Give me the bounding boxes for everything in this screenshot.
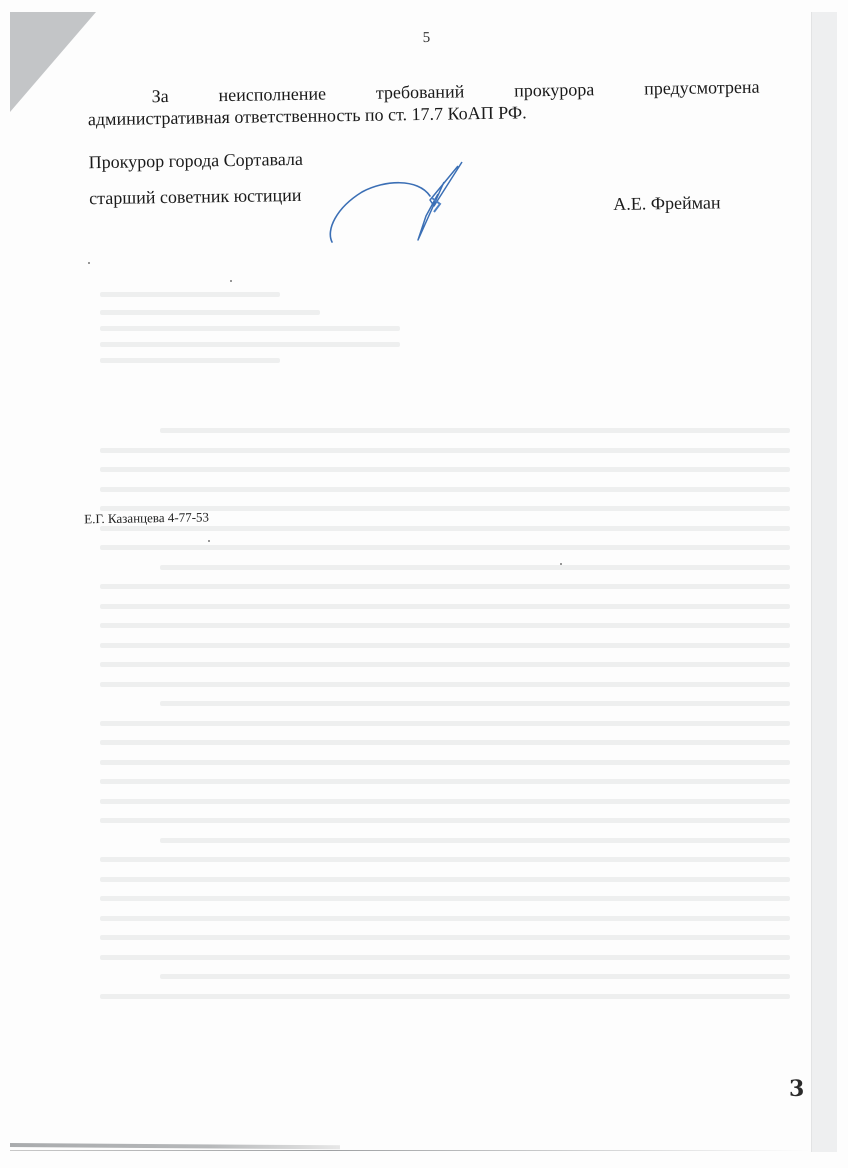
signatory-rank: старший советник юстиции xyxy=(89,185,302,209)
paragraph-word: За xyxy=(151,86,168,107)
contact-line: Е.Г. Казанцева 4-77-53 xyxy=(84,509,209,527)
scan-speck xyxy=(560,563,562,565)
scan-speck xyxy=(88,262,90,264)
paragraph-word: прокурора xyxy=(514,79,594,101)
paragraph-word: неисполнение xyxy=(218,83,326,106)
page-number: 5 xyxy=(423,30,431,47)
signatory-name: А.Е. Фрейман xyxy=(613,192,721,215)
signatory-position: Прокурор города Сортавала xyxy=(88,149,303,173)
paragraph-word: предусмотрена xyxy=(644,77,760,100)
sheet-number: 3 xyxy=(789,1076,804,1102)
scan-speck xyxy=(230,280,232,282)
signature-icon xyxy=(322,160,472,250)
paragraph-word: требований xyxy=(376,81,465,103)
scanned-page: 5 За неисполнение требований прокурора п… xyxy=(0,0,848,1168)
scan-speck xyxy=(208,540,210,542)
